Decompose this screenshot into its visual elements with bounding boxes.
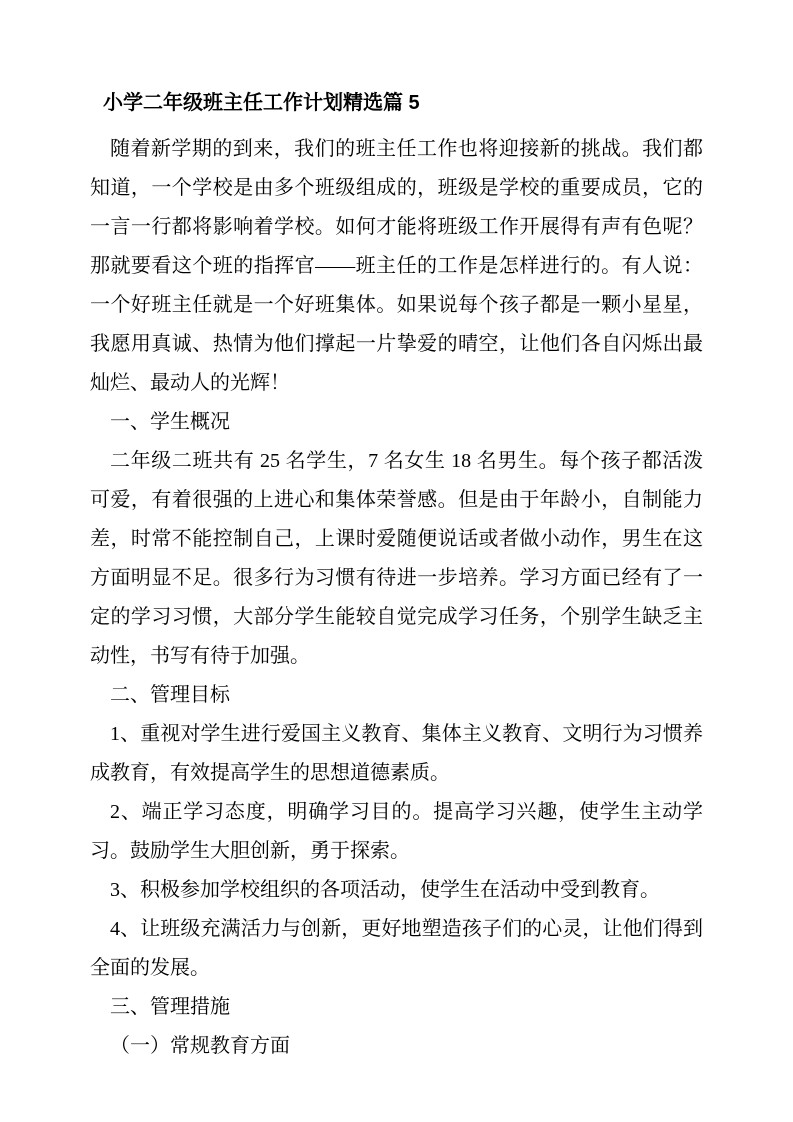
list-item-goal-2: 2、端正学习态度，明确学习目的。提高学习兴趣，使学生主动学习。鼓励学生大胆创新，… xyxy=(90,793,703,871)
list-item-goal-1: 1、重视对学生进行爱国主义教育、集体主义教育、文明行为习惯养成教育，有效提高学生… xyxy=(90,715,703,793)
section-heading-management-goals: 二、管理目标 xyxy=(90,676,703,715)
paragraph-student-overview: 二年级二班共有 25 名学生，7 名女生 18 名男生。每个孩子都活泼可爱，有着… xyxy=(90,442,703,676)
list-item-goal-3: 3、积极参加学校组织的各项活动，使学生在活动中受到教育。 xyxy=(90,871,703,910)
document-title: 小学二年级班主任工作计划精选篇 5 xyxy=(90,84,703,123)
section-heading-student-overview: 一、学生概况 xyxy=(90,403,703,442)
section-heading-management-measures: 三、管理措施 xyxy=(90,988,703,1027)
list-item-goal-4: 4、让班级充满活力与创新，更好地塑造孩子们的心灵，让他们得到全面的发展。 xyxy=(90,910,703,988)
document-page: 小学二年级班主任工作计划精选篇 5 随着新学期的到来，我们的班主任工作也将迎接新… xyxy=(0,0,793,1122)
subsection-heading-routine-education: （一）常规教育方面 xyxy=(90,1027,703,1066)
paragraph-intro: 随着新学期的到来，我们的班主任工作也将迎接新的挑战。我们都知道，一个学校是由多个… xyxy=(90,130,703,403)
